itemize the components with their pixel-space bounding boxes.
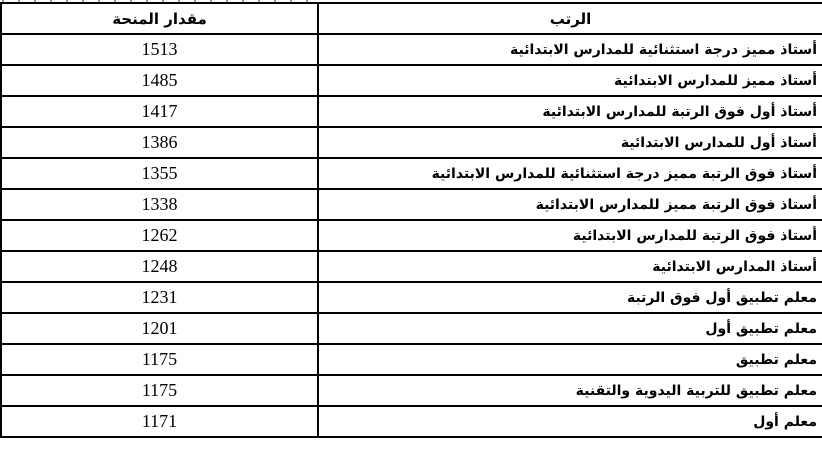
table-row: أستاذ مميز للمدارس الابتدائية1485 [1, 65, 822, 96]
amount-cell: 1175 [1, 375, 318, 406]
document-page: الرتب مقدار المنحة أستاذ مميز درجة استثن… [0, 0, 822, 453]
table-header-row: الرتب مقدار المنحة [1, 3, 822, 34]
rank-cell: أستاذ أول فوق الرتبة للمدارس الابتدائية [318, 96, 822, 127]
table-row: معلم تطبيق1175 [1, 344, 822, 375]
table-row: أستاذ فوق الرتبة مميز للمدارس الابتدائية… [1, 189, 822, 220]
rank-cell: معلم تطبيق أول فوق الرتبة [318, 282, 822, 313]
rank-cell: أستاذ المدارس الابتدائية [318, 251, 822, 282]
amount-cell: 1262 [1, 220, 318, 251]
rank-cell: معلم تطبيق للتربية اليدوية والتقنية [318, 375, 822, 406]
amount-cell: 1171 [1, 406, 318, 437]
table-row: معلم تطبيق أول1201 [1, 313, 822, 344]
table-row: أستاذ فوق الرتبة للمدارس الابتدائية1262 [1, 220, 822, 251]
table-row: معلم تطبيق أول فوق الرتبة1231 [1, 282, 822, 313]
rank-cell: أستاذ أول للمدارس الابتدائية [318, 127, 822, 158]
rank-cell: معلم تطبيق [318, 344, 822, 375]
table-row: أستاذ أول للمدارس الابتدائية1386 [1, 127, 822, 158]
amount-cell: 1338 [1, 189, 318, 220]
table-row: معلم تطبيق للتربية اليدوية والتقنية1175 [1, 375, 822, 406]
rank-cell: أستاذ فوق الرتبة مميز للمدارس الابتدائية [318, 189, 822, 220]
table-row: أستاذ مميز درجة استثنائية للمدارس الابتد… [1, 34, 822, 65]
rank-cell: أستاذ فوق الرتبة مميز درجة استثنائية للم… [318, 158, 822, 189]
amount-column-header: مقدار المنحة [1, 3, 318, 34]
rank-cell: أستاذ مميز درجة استثنائية للمدارس الابتد… [318, 34, 822, 65]
amount-cell: 1355 [1, 158, 318, 189]
amount-cell: 1485 [1, 65, 318, 96]
amount-cell: 1175 [1, 344, 318, 375]
amount-cell: 1231 [1, 282, 318, 313]
amount-cell: 1248 [1, 251, 318, 282]
amount-cell: 1417 [1, 96, 318, 127]
rank-cell: معلم أول [318, 406, 822, 437]
grants-table: الرتب مقدار المنحة أستاذ مميز درجة استثن… [0, 2, 822, 438]
table-row: أستاذ فوق الرتبة مميز درجة استثنائية للم… [1, 158, 822, 189]
rank-cell: أستاذ فوق الرتبة للمدارس الابتدائية [318, 220, 822, 251]
table-row: معلم أول1171 [1, 406, 822, 437]
amount-cell: 1513 [1, 34, 318, 65]
amount-cell: 1201 [1, 313, 318, 344]
table-body: أستاذ مميز درجة استثنائية للمدارس الابتد… [1, 34, 822, 437]
rank-cell: أستاذ مميز للمدارس الابتدائية [318, 65, 822, 96]
rank-column-header: الرتب [318, 3, 822, 34]
rank-cell: معلم تطبيق أول [318, 313, 822, 344]
amount-cell: 1386 [1, 127, 318, 158]
table-row: أستاذ المدارس الابتدائية1248 [1, 251, 822, 282]
table-row: أستاذ أول فوق الرتبة للمدارس الابتدائية1… [1, 96, 822, 127]
